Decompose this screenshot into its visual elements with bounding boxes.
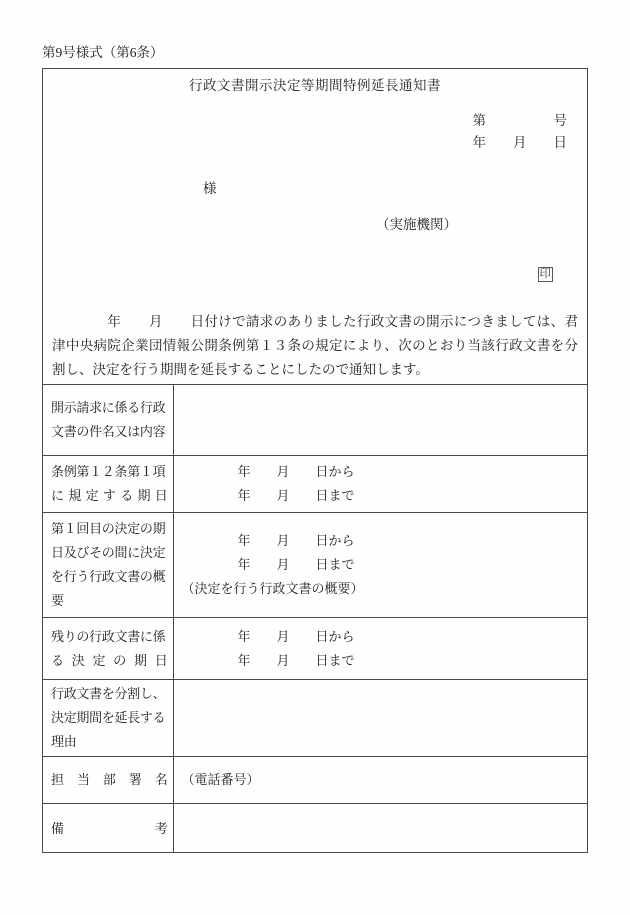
form-table: 開示請求に係る行政 文書の件名又は内容 条例第１２条第１項 に規定する期日 年 …	[43, 384, 587, 853]
seal-line: 印	[43, 262, 587, 284]
body-paragraph: 年 月 日付けで請求のありました行政文書の開示につきましては、君津中央病院企業団…	[43, 310, 587, 382]
row-label-remarks: 備考	[43, 804, 173, 854]
date-from-line: 年 月 日から	[238, 625, 580, 649]
table-row-statutory-deadline: 条例第１２条第１項 に規定する期日 年 月 日から 年 月 日まで	[43, 456, 587, 513]
row-label-line: 要	[51, 589, 168, 613]
row-content-first-decision: 年 月 日から 年 月 日まで （決定を行う行政文書の概要）	[173, 513, 587, 618]
document-title: 行政文書開示決定等期間特例延長通知書	[43, 75, 587, 97]
row-label-line: 条例第１２条第１項	[51, 460, 168, 484]
row-label-department: 担当部署名	[43, 757, 173, 804]
row-content-remarks	[173, 804, 587, 854]
row-label-line: 日及びその間に決定	[51, 541, 168, 565]
table-row-remaining-decision: 残りの行政文書に係 る決定の期日 年 月 日から 年 月 日まで	[43, 618, 587, 680]
date-to-line: 年 月 日まで	[238, 484, 580, 508]
form-box: 行政文書開示決定等期間特例延長通知書 第 号 年 月 日 様 （実施機関） 印 …	[42, 68, 588, 853]
date-range-block: 年 月 日から 年 月 日まで	[238, 625, 580, 673]
issuer-label: （実施機関）	[376, 217, 457, 232]
form-page: 第9号様式（第6条） 行政文書開示決定等期間特例延長通知書 第 号 年 月 日 …	[0, 0, 630, 915]
row-label-statutory-deadline: 条例第１２条第１項 に規定する期日	[43, 456, 173, 513]
date-from-line: 年 月 日から	[238, 529, 580, 553]
row-label-line: 担当部署名	[51, 768, 168, 792]
phone-number-label: （電話番号）	[182, 772, 260, 787]
row-label-line: に規定する期日	[51, 484, 168, 508]
table-row-first-decision: 第１回目の決定の期 日及びその間に決定 を行う行政文書の概 要 年 月 日から …	[43, 513, 587, 618]
row-content-department: （電話番号）	[173, 757, 587, 804]
row-label-remaining-decision: 残りの行政文書に係 る決定の期日	[43, 618, 173, 680]
table-row-extension-reason: 行政文書を分割し、 決定期間を延長する 理由	[43, 680, 587, 757]
date-to-line: 年 月 日まで	[238, 553, 580, 577]
row-label-line: る決定の期日	[51, 649, 168, 673]
row-label-line: 理由	[51, 730, 168, 754]
table-row-document-subject: 開示請求に係る行政 文書の件名又は内容	[43, 385, 587, 456]
date-to-line: 年 月 日まで	[238, 649, 580, 673]
row-label-extension-reason: 行政文書を分割し、 決定期間を延長する 理由	[43, 680, 173, 757]
doc-number-line: 第 号	[43, 110, 587, 132]
form-number-label: 第9号様式（第6条）	[42, 44, 164, 62]
date-from-line: 年 月 日から	[238, 460, 580, 484]
row-label-line: 行政文書を分割し、	[51, 682, 168, 706]
row-content-extension-reason	[173, 680, 587, 757]
table-row-department: 担当部署名 （電話番号）	[43, 757, 587, 804]
issue-date-line: 年 月 日	[43, 132, 587, 154]
seal-mark: 印	[538, 267, 554, 282]
row-label-line: 開示請求に係る行政	[51, 396, 168, 420]
row-label-line: 決定期間を延長する	[51, 706, 168, 730]
row-label-document-subject: 開示請求に係る行政 文書の件名又は内容	[43, 385, 173, 456]
row-label-line: 文書の件名又は内容	[51, 420, 168, 444]
row-label-line: 第１回目の決定の期	[51, 517, 168, 541]
recipient-line: 様	[43, 178, 587, 200]
row-label-first-decision: 第１回目の決定の期 日及びその間に決定 を行う行政文書の概 要	[43, 513, 173, 618]
table-row-remarks: 備考	[43, 804, 587, 854]
recipient-suffix-label: 様	[203, 181, 217, 196]
date-range-block: 年 月 日から 年 月 日まで	[238, 529, 580, 577]
row-content-remaining-decision: 年 月 日から 年 月 日まで	[173, 618, 587, 680]
issuer-line: （実施機関）	[43, 214, 587, 236]
row-label-line: 残りの行政文書に係	[51, 625, 168, 649]
date-range-block: 年 月 日から 年 月 日まで	[238, 460, 580, 508]
row-content-statutory-deadline: 年 月 日から 年 月 日まで	[173, 456, 587, 513]
decision-note-line: （決定を行う行政文書の概要）	[182, 577, 580, 601]
row-content-document-subject	[173, 385, 587, 456]
row-label-line: を行う行政文書の概	[51, 565, 168, 589]
row-label-line: 備考	[51, 817, 168, 841]
